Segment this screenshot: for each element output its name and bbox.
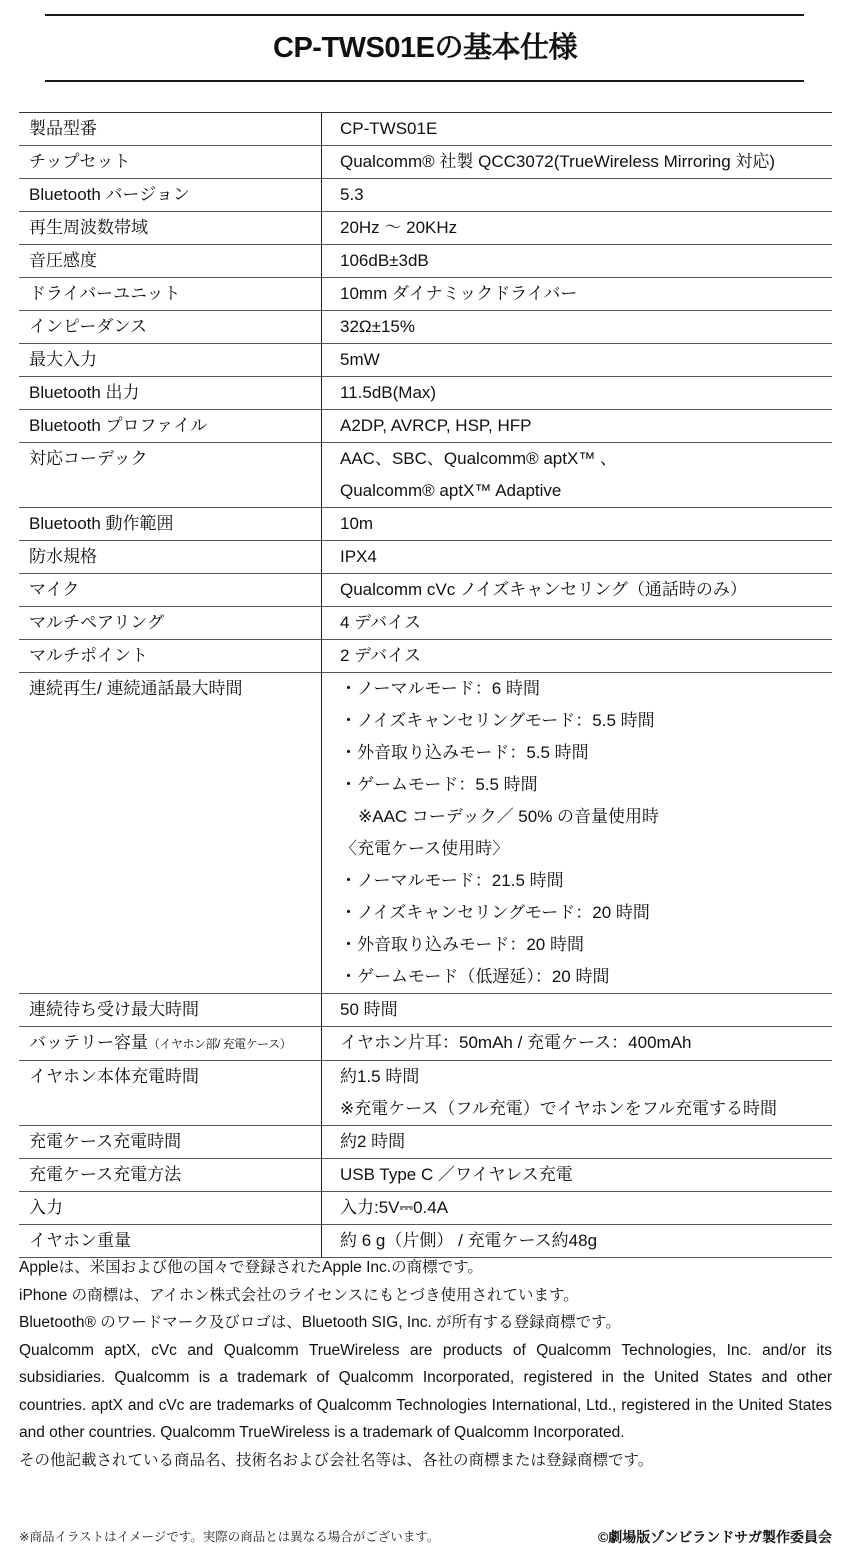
spec-row: イヤホン重量約 6 g（片側） / 充電ケース約48g: [19, 1225, 832, 1258]
spec-label: Bluetooth プロファイル: [19, 410, 322, 443]
spec-value-line: 入力:5V⎓0.4A: [340, 1192, 832, 1224]
spec-value: 4 デバイス: [322, 607, 833, 640]
spec-value: 20Hz ～ 20KHz: [322, 212, 833, 245]
spec-value: 5.3: [322, 179, 833, 212]
spec-row: ドライバーユニット10mm ダイナミックドライバー: [19, 278, 832, 311]
spec-value-line: 50 時間: [340, 994, 832, 1026]
spec-value: USB Type C ／ワイヤレス充電: [322, 1159, 833, 1192]
spec-label: 最大入力: [19, 344, 322, 377]
spec-value: 5mW: [322, 344, 833, 377]
spec-row: 連続再生/ 連続通話最大時間・ノーマルモード：6 時間・ノイズキャンセリングモー…: [19, 673, 832, 994]
footer: ※商品イラストはイメージです。実際の商品とは異なる場合がございます。 ©劇場版ゾ…: [19, 1526, 832, 1548]
spec-value-line: Qualcomm® 社製 QCC3072(TrueWireless Mirror…: [340, 146, 832, 178]
spec-label: バッテリー容量（イヤホン部/ 充電ケース）: [19, 1027, 322, 1061]
spec-label-text: 充電ケース充電時間: [29, 1132, 181, 1151]
spec-label-text: 製品型番: [29, 119, 97, 138]
spec-row: マイクQualcomm cVc ノイズキャンセリング（通話時のみ）: [19, 574, 832, 607]
spec-row: Bluetooth 出力11.5dB(Max): [19, 377, 832, 410]
spec-value-line: 5mW: [340, 344, 832, 376]
spec-row: 最大入力5mW: [19, 344, 832, 377]
spec-row: イヤホン本体充電時間約1.5 時間※充電ケース（フル充電）でイヤホンをフル充電す…: [19, 1061, 832, 1126]
spec-label-text: Bluetooth プロファイル: [29, 416, 207, 435]
spec-label: Bluetooth バージョン: [19, 179, 322, 212]
spec-label: インピーダンス: [19, 311, 322, 344]
spec-value-line: ※充電ケース（フル充電）でイヤホンをフル充電する時間: [340, 1093, 832, 1125]
spec-value-line: ・ゲームモード：5.5 時間: [340, 769, 832, 801]
spec-value-line: IPX4: [340, 541, 832, 573]
spec-label-text: 充電ケース充電方法: [29, 1165, 181, 1184]
spec-value: 50 時間: [322, 994, 833, 1027]
spec-value: 約2 時間: [322, 1126, 833, 1159]
spec-value: 106dB±3dB: [322, 245, 833, 278]
spec-value: Qualcomm® 社製 QCC3072(TrueWireless Mirror…: [322, 146, 833, 179]
spec-row: 対応コーデックAAC、SBC、Qualcomm® aptX™ 、Qualcomm…: [19, 443, 832, 508]
spec-label: 防水規格: [19, 541, 322, 574]
spec-value-line: 約2 時間: [340, 1126, 832, 1158]
spec-label: マイク: [19, 574, 322, 607]
spec-row: 製品型番CP-TWS01E: [19, 113, 832, 146]
spec-value: 10mm ダイナミックドライバー: [322, 278, 833, 311]
spec-value-line: Qualcomm® aptX™ Adaptive: [340, 475, 832, 507]
spec-label: イヤホン重量: [19, 1225, 322, 1258]
spec-value: CP-TWS01E: [322, 113, 833, 146]
spec-value-line: 4 デバイス: [340, 607, 832, 639]
spec-row: Bluetooth 動作範囲10m: [19, 508, 832, 541]
spec-value-line: AAC、SBC、Qualcomm® aptX™ 、: [340, 443, 832, 475]
spec-label: 再生周波数帯域: [19, 212, 322, 245]
page-title: CP-TWS01Eの基本仕様: [0, 28, 850, 68]
spec-row: Bluetooth プロファイルA2DP, AVRCP, HSP, HFP: [19, 410, 832, 443]
copyright: ©劇場版ゾンビランドサガ製作委員会: [598, 1526, 832, 1548]
spec-value: 約1.5 時間※充電ケース（フル充電）でイヤホンをフル充電する時間: [322, 1061, 833, 1126]
spec-value: AAC、SBC、Qualcomm® aptX™ 、Qualcomm® aptX™…: [322, 443, 833, 508]
spec-value-line: 〈充電ケース使用時〉: [340, 833, 832, 865]
spec-label-text: インピーダンス: [29, 317, 147, 336]
spec-value-line: ・ゲームモード（低遅延）：20 時間: [340, 961, 832, 993]
spec-value-line: 10mm ダイナミックドライバー: [340, 278, 832, 310]
spec-label-text: マルチポイント: [29, 646, 148, 665]
note-iphone: iPhone の商標は、アイホン株式会社のライセンスにもとづき使用されています。: [19, 1282, 832, 1310]
spec-value-line: ・外音取り込みモード：5.5 時間: [340, 737, 832, 769]
spec-label-text: 最大入力: [29, 350, 97, 369]
spec-label-text: 対応コーデック: [29, 449, 148, 468]
spec-value: 入力:5V⎓0.4A: [322, 1192, 833, 1225]
title-rule-top: [45, 14, 804, 16]
spec-value-line: 10m: [340, 508, 832, 540]
trademark-notes: Appleは、米国および他の国々で登録されたApple Inc.の商標です。 i…: [19, 1254, 832, 1474]
spec-row: 音圧感度106dB±3dB: [19, 245, 832, 278]
spec-row: マルチポイント2 デバイス: [19, 640, 832, 673]
spec-label-text: マルチペアリング: [29, 613, 164, 632]
spec-value: 10m: [322, 508, 833, 541]
spec-value-line: 20Hz ～ 20KHz: [340, 212, 832, 244]
spec-row: 防水規格IPX4: [19, 541, 832, 574]
spec-label-text: 入力: [29, 1198, 63, 1217]
spec-value-line: ・外音取り込みモード：20 時間: [340, 929, 832, 961]
spec-row: Bluetooth バージョン5.3: [19, 179, 832, 212]
spec-label: 音圧感度: [19, 245, 322, 278]
spec-label-text: Bluetooth 出力: [29, 383, 140, 402]
spec-value-line: A2DP, AVRCP, HSP, HFP: [340, 410, 832, 442]
spec-label-text: 音圧感度: [29, 251, 97, 270]
spec-value: Qualcomm cVc ノイズキャンセリング（通話時のみ）: [322, 574, 833, 607]
spec-row: 入力入力:5V⎓0.4A: [19, 1192, 832, 1225]
spec-value-line: Qualcomm cVc ノイズキャンセリング（通話時のみ）: [340, 574, 832, 606]
spec-value: 32Ω±15%: [322, 311, 833, 344]
spec-value-line: 2 デバイス: [340, 640, 832, 672]
spec-label-text: チップセット: [29, 152, 130, 171]
spec-label: イヤホン本体充電時間: [19, 1061, 322, 1126]
spec-label: ドライバーユニット: [19, 278, 322, 311]
spec-label-text: マイク: [29, 580, 79, 599]
spec-label: 連続待ち受け最大時間: [19, 994, 322, 1027]
spec-value-line: 32Ω±15%: [340, 311, 832, 343]
spec-label-text: イヤホン本体充電時間: [29, 1067, 199, 1086]
spec-label: 連続再生/ 連続通話最大時間: [19, 673, 322, 994]
spec-label-note: （イヤホン部/ 充電ケース）: [148, 1037, 291, 1051]
spec-label: 充電ケース充電時間: [19, 1126, 322, 1159]
spec-value-line: USB Type C ／ワイヤレス充電: [340, 1159, 832, 1191]
spec-label: Bluetooth 動作範囲: [19, 508, 322, 541]
spec-value-line: ・ノイズキャンセリングモード：5.5 時間: [340, 705, 832, 737]
spec-row: チップセットQualcomm® 社製 QCC3072(TrueWireless …: [19, 146, 832, 179]
spec-row: バッテリー容量（イヤホン部/ 充電ケース）イヤホン片耳：50mAh / 充電ケー…: [19, 1027, 832, 1061]
spec-label-text: 連続再生/ 連続通話最大時間: [29, 679, 242, 698]
spec-label-text: 再生周波数帯域: [29, 218, 148, 237]
spec-value-line: ※AAC コーデック／ 50% の音量使用時: [340, 801, 832, 833]
note-bluetooth: Bluetooth® のワードマーク及びロゴは、Bluetooth SIG, I…: [19, 1309, 832, 1337]
note-other-trademarks: その他記載されている商品名、技術名および会社名等は、各社の商標または登録商標です…: [19, 1447, 832, 1475]
spec-value: ・ノーマルモード：6 時間・ノイズキャンセリングモード：5.5 時間・外音取り込…: [322, 673, 833, 994]
spec-value-line: 約1.5 時間: [340, 1061, 832, 1093]
spec-label: 対応コーデック: [19, 443, 322, 508]
spec-value-line: 約 6 g（片側） / 充電ケース約48g: [340, 1225, 832, 1257]
spec-label: マルチポイント: [19, 640, 322, 673]
spec-value: 11.5dB(Max): [322, 377, 833, 410]
spec-value-line: ・ノイズキャンセリングモード：20 時間: [340, 897, 832, 929]
spec-value: 約 6 g（片側） / 充電ケース約48g: [322, 1225, 833, 1258]
spec-value-line: 106dB±3dB: [340, 245, 832, 277]
spec-label-text: イヤホン重量: [29, 1231, 131, 1250]
spec-label-text: 連続待ち受け最大時間: [29, 1000, 199, 1019]
spec-label: チップセット: [19, 146, 322, 179]
spec-label-text: バッテリー容量: [29, 1033, 148, 1052]
spec-row: インピーダンス32Ω±15%: [19, 311, 832, 344]
spec-label: 入力: [19, 1192, 322, 1225]
spec-row: 連続待ち受け最大時間50 時間: [19, 994, 832, 1027]
spec-value-line: 5.3: [340, 179, 832, 211]
spec-row: 充電ケース充電方法USB Type C ／ワイヤレス充電: [19, 1159, 832, 1192]
spec-label: 充電ケース充電方法: [19, 1159, 322, 1192]
spec-label-text: 防水規格: [29, 547, 97, 566]
spec-row: マルチペアリング4 デバイス: [19, 607, 832, 640]
spec-value-line: イヤホン片耳：50mAh / 充電ケース：400mAh: [340, 1027, 832, 1059]
spec-value-line: ・ノーマルモード：6 時間: [340, 673, 832, 705]
title-rule-bottom: [45, 80, 804, 82]
spec-row: 充電ケース充電時間約2 時間: [19, 1126, 832, 1159]
spec-value: A2DP, AVRCP, HSP, HFP: [322, 410, 833, 443]
spec-label: マルチペアリング: [19, 607, 322, 640]
note-qualcomm: Qualcomm aptX, cVc and Qualcomm TrueWire…: [19, 1337, 832, 1447]
spec-label-text: ドライバーユニット: [29, 284, 180, 303]
note-apple: Appleは、米国および他の国々で登録されたApple Inc.の商標です。: [19, 1254, 832, 1282]
spec-value: イヤホン片耳：50mAh / 充電ケース：400mAh: [322, 1027, 833, 1061]
spec-label: Bluetooth 出力: [19, 377, 322, 410]
spec-label: 製品型番: [19, 113, 322, 146]
illustration-disclaimer: ※商品イラストはイメージです。実際の商品とは異なる場合がございます。: [19, 1526, 439, 1548]
spec-row: 再生周波数帯域20Hz ～ 20KHz: [19, 212, 832, 245]
spec-label-text: Bluetooth バージョン: [29, 185, 190, 204]
spec-table: 製品型番CP-TWS01EチップセットQualcomm® 社製 QCC3072(…: [19, 112, 832, 1258]
spec-table-body: 製品型番CP-TWS01EチップセットQualcomm® 社製 QCC3072(…: [19, 113, 832, 1258]
spec-label-text: Bluetooth 動作範囲: [29, 514, 174, 533]
spec-value: 2 デバイス: [322, 640, 833, 673]
spec-value-line: ・ノーマルモード：21.5 時間: [340, 865, 832, 897]
spec-value-line: CP-TWS01E: [340, 113, 832, 145]
spec-value-line: 11.5dB(Max): [340, 377, 832, 409]
spec-value: IPX4: [322, 541, 833, 574]
